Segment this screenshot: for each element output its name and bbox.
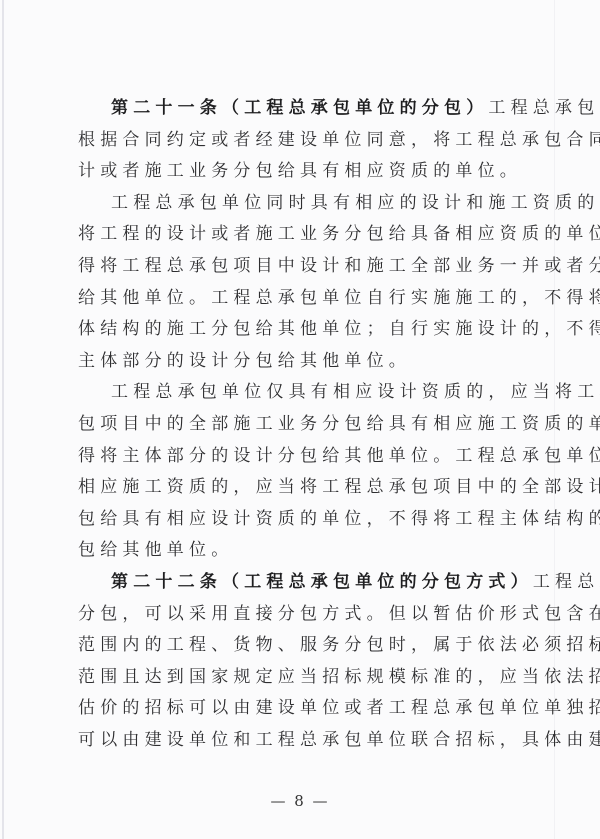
text-line: 体结构的施工分包给其他单位；自行实施设计的，不得将工程 (78, 314, 528, 346)
line-text: 范围内的工程、货物、服务分包时，属于依法必须招标的项目 (78, 635, 600, 655)
line-text: 给其他单位。工程总承包单位自行实施施工的，不得将工程主 (78, 288, 600, 308)
text-line: 范围内的工程、货物、服务分包时，属于依法必须招标的项目 (78, 630, 528, 662)
text-line: 相应施工资质的，应当将工程总承包项目中的全部设计业务分 (78, 472, 528, 504)
line-text: 分包，可以采用直接分包方式。但以暂估价形式包含在总承包 (78, 604, 600, 624)
line-text: 工程总承包单位同时具有相应的设计和施工资质的，可以 (111, 193, 600, 213)
text-line: 包给其他单位。 (78, 535, 528, 567)
text-line: 将工程的设计或者施工业务分包给具备相应资质的单位，但不 (78, 219, 528, 251)
scan-edge-left (2, 0, 4, 839)
text-line: 给其他单位。工程总承包单位自行实施施工的，不得将工程主 (78, 283, 528, 315)
text-line: 分包，可以采用直接分包方式。但以暂估价形式包含在总承包 (78, 599, 528, 631)
dual-qualification-paragraph: 工程总承包单位同时具有相应的设计和施工资质的，可以 将工程的设计或者施工业务分包… (78, 188, 528, 378)
line-text: 可以由建设单位和工程总承包单位联合招标，具体由建设单位 (78, 730, 600, 750)
text-line: 包项目中的全部施工业务分包给具有相应施工资质的单位，不 (78, 409, 528, 441)
text-line: 包给具有相应设计资质的单位，不得将工程主体结构的施工分 (78, 504, 528, 536)
article-21-paragraph: 第二十一条（工程总承包单位的分包）工程总承包单位可 根据合同约定或者经建设单位同… (78, 93, 528, 188)
article-22-paragraph: 第二十二条（工程总承包单位的分包方式）工程总承包的 分包，可以采用直接分包方式。… (78, 567, 528, 757)
text-line: 第二十一条（工程总承包单位的分包）工程总承包单位可 (78, 93, 528, 125)
line-text: 得将主体部分的设计分包给其他单位。工程总承包单位仅具有 (78, 446, 600, 466)
text-line: 估价的招标可以由建设单位或者工程总承包单位单独招标，也 (78, 693, 528, 725)
line-text: 范围且达到国家规定应当招标规模标准的，应当依法招标。暂 (78, 667, 600, 687)
text-line: 主体部分的设计分包给其他单位。 (78, 346, 528, 378)
text-line: 得将工程总承包项目中设计和施工全部业务一并或者分别分包 (78, 251, 528, 283)
text-line: 计或者施工业务分包给具有相应资质的单位。 (78, 156, 528, 188)
document-body: 第二十一条（工程总承包单位的分包）工程总承包单位可 根据合同约定或者经建设单位同… (78, 93, 528, 756)
line-text: 相应施工资质的，应当将工程总承包项目中的全部设计业务分 (78, 477, 600, 497)
line-text: 工程总承包的 (533, 572, 600, 592)
line-text: 工程总承包单位可 (488, 98, 600, 118)
article-heading: 第二十二条（工程总承包单位的分包方式） (111, 572, 533, 592)
line-text: 包给其他单位。 (78, 540, 233, 560)
text-line: 得将主体部分的设计分包给其他单位。工程总承包单位仅具有 (78, 441, 528, 473)
line-text: 根据合同约定或者经建设单位同意，将工程总承包合同中的设 (78, 130, 600, 150)
page-number: — 8 — (0, 792, 600, 810)
line-text: 包给具有相应设计资质的单位，不得将工程主体结构的施工分 (78, 509, 600, 529)
line-text: 工程总承包单位仅具有相应设计资质的，应当将工程总承 (111, 382, 600, 402)
single-qualification-paragraph: 工程总承包单位仅具有相应设计资质的，应当将工程总承 包项目中的全部施工业务分包给… (78, 377, 528, 567)
article-heading: 第二十一条（工程总承包单位的分包） (111, 98, 488, 118)
line-text: 主体部分的设计分包给其他单位。 (78, 351, 411, 371)
line-text: 计或者施工业务分包给具有相应资质的单位。 (78, 161, 522, 181)
line-text: 得将工程总承包项目中设计和施工全部业务一并或者分别分包 (78, 256, 600, 276)
line-text: 将工程的设计或者施工业务分包给具备相应资质的单位，但不 (78, 224, 600, 244)
line-text: 包项目中的全部施工业务分包给具有相应施工资质的单位，不 (78, 414, 600, 434)
text-line: 根据合同约定或者经建设单位同意，将工程总承包合同中的设 (78, 125, 528, 157)
text-line: 第二十二条（工程总承包单位的分包方式）工程总承包的 (78, 567, 528, 599)
text-line: 范围且达到国家规定应当招标规模标准的，应当依法招标。暂 (78, 662, 528, 694)
line-text: 估价的招标可以由建设单位或者工程总承包单位单独招标，也 (78, 698, 600, 718)
text-line: 可以由建设单位和工程总承包单位联合招标，具体由建设单位 (78, 725, 528, 757)
text-line: 工程总承包单位同时具有相应的设计和施工资质的，可以 (78, 188, 528, 220)
line-text: 体结构的施工分包给其他单位；自行实施设计的，不得将工程 (78, 319, 600, 339)
text-line: 工程总承包单位仅具有相应设计资质的，应当将工程总承 (78, 377, 528, 409)
